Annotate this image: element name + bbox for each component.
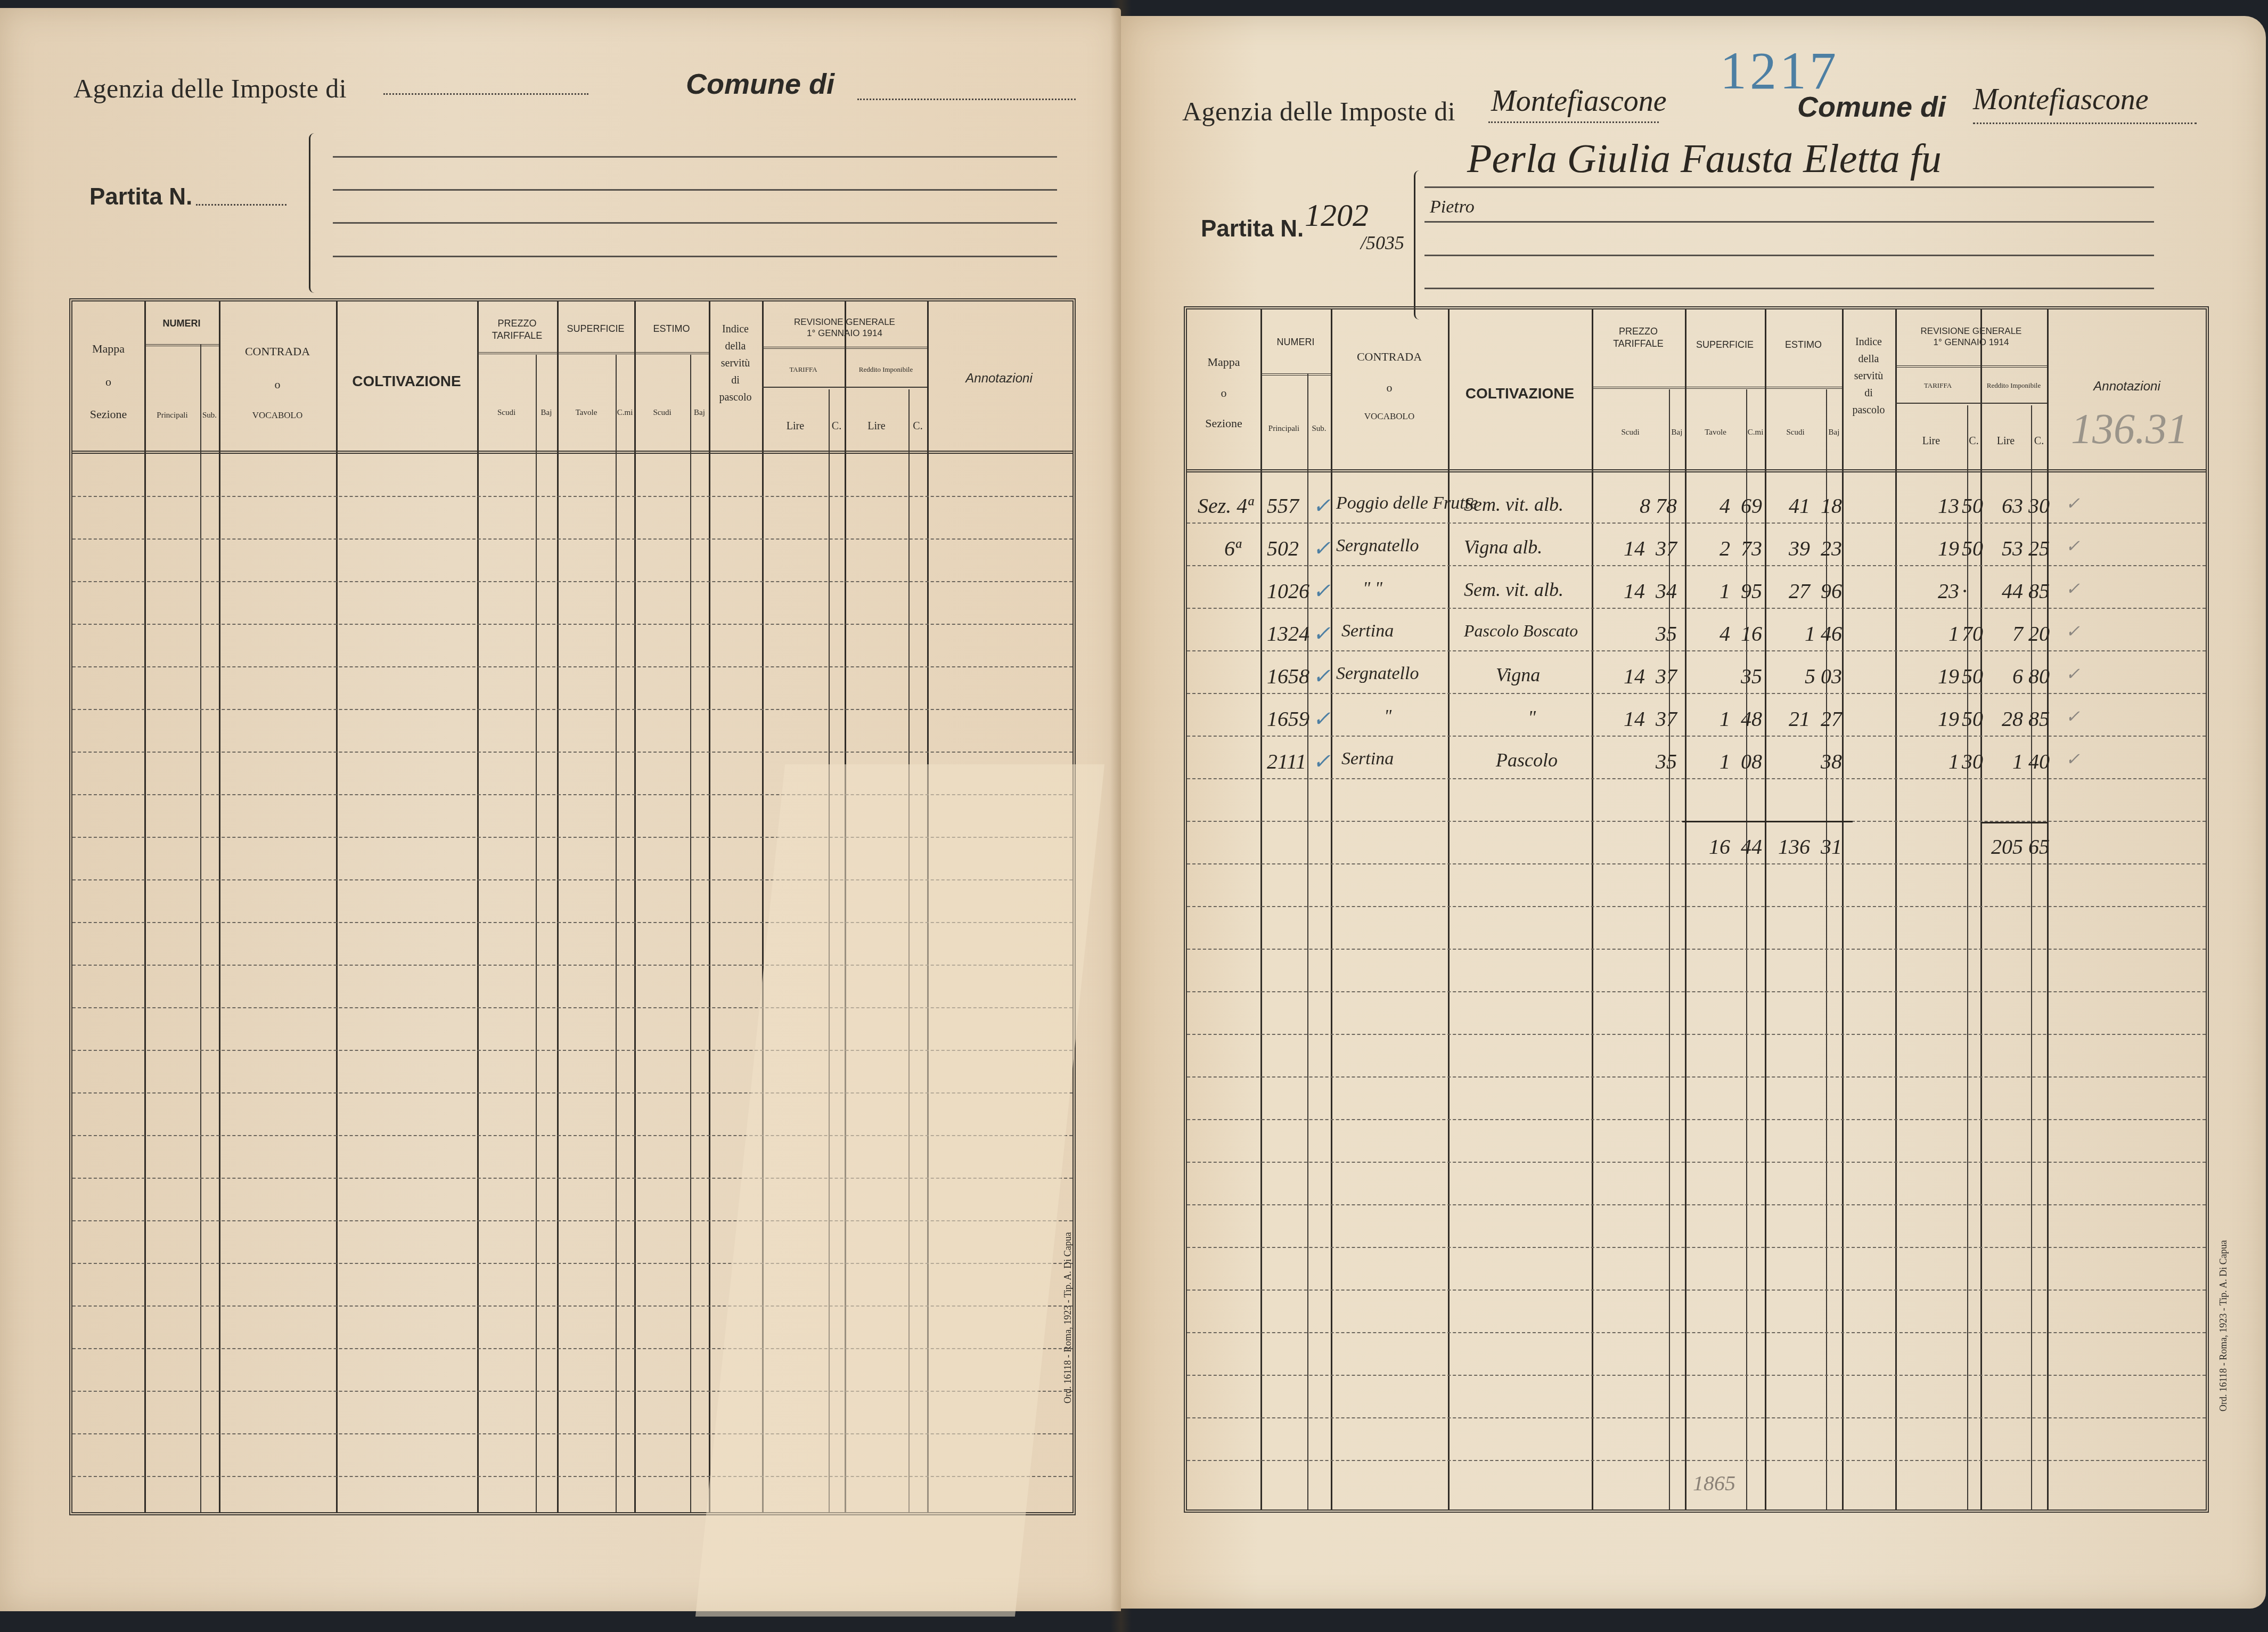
check-icon: ✓ (2066, 493, 2080, 513)
hdr-principali-r: Principali (1260, 424, 1307, 434)
hdr-estimo-r: ESTIMO (1765, 339, 1842, 351)
hdr-revisione: REVISIONE GENERALE1° GENNAIO 1914 (762, 316, 927, 339)
table-row[interactable]: 1658 ✓ Sergnatello Vigna 14 37 35 5 03 1… (1187, 664, 2206, 696)
parcel-table: MappaoSezione NUMERI Principali Sub. CON… (1184, 306, 2209, 1513)
check-icon: ✓ (2066, 706, 2080, 727)
hdr-reddito-c-r: C. (2031, 435, 2047, 448)
agenzia-label-right: Agenzia delle Imposte di (1182, 96, 1455, 127)
hdr-reddito-c: C. (908, 420, 927, 433)
hdr-annotazioni: Annotazioni (927, 371, 1071, 387)
hdr-tariffa: TARIFFA (762, 365, 845, 374)
owner-brace-right (1414, 170, 1421, 320)
owner-line-1[interactable] (333, 156, 1057, 158)
hdr-superficie-r: SUPERFICIE (1685, 339, 1765, 351)
right-page: Agenzia delle Imposte di Montefiascone 1… (1121, 16, 2266, 1609)
totals-rule-reddito (1980, 822, 2047, 823)
hdr-estimo-baj: Baj (690, 408, 709, 418)
hdr-estimo-scudi: Scudi (634, 408, 690, 418)
owner-rule-4 (1424, 288, 2154, 289)
hdr-indice-r: Indicedellaservitùdipascolo (1842, 333, 1895, 419)
check-icon: ✓ (2066, 621, 2080, 641)
hdr-sub-r: Sub. (1307, 424, 1331, 434)
hdr-tariffa-r: TARIFFA (1895, 381, 1980, 390)
hdr-cmi: C.mi (616, 408, 634, 418)
hdr-revisione-r: REVISIONE GENERALE1° GENNAIO 1914 (1895, 325, 2047, 348)
check-icon: ✓ (2066, 536, 2080, 556)
owner-brace (309, 133, 316, 293)
comune-label-right: Comune di (1797, 91, 1946, 124)
hdr-prezzo-baj-r: Baj (1669, 428, 1685, 438)
hdr-prezzo: PREZZOTARIFFALE (477, 317, 557, 341)
table-row[interactable]: 1324 ✓ Sertina Pascolo Boscato 35 4 16 1… (1187, 621, 2206, 653)
printer-note-right: Ord. 16118 - Roma, 1923 - Tip. A. Di Cap… (2218, 1240, 2229, 1411)
hdr-estimo-scudi-r: Scudi (1765, 428, 1826, 438)
hdr-contrada: CONTRADAoVOCABOLO (219, 344, 336, 421)
left-page: Agenzia delle Imposte di Comune di Parti… (0, 8, 1121, 1611)
hdr-reddito: Reddito Imponibile (845, 365, 927, 374)
hdr-mappa-r: MappaoSezione (1187, 355, 1260, 431)
totals-row: 16 44 136 31 205 65 (1187, 834, 2206, 866)
owner-rule-2 (1424, 221, 2154, 223)
partita-field[interactable] (196, 204, 286, 206)
owner-rule-3 (1424, 255, 2154, 256)
table-row[interactable]: 1026 ✓ " " Sem. vit. alb. 14 34 1 95 27 … (1187, 578, 2206, 610)
hdr-prezzo-baj: Baj (536, 408, 557, 418)
hdr-annotazioni-r: Annotazioni (2047, 379, 2207, 395)
partita-sub: /5035 (1361, 232, 1404, 254)
comune-field[interactable] (857, 99, 1076, 100)
table-row[interactable]: 2111 ✓ Sertina Pascolo 35 1 08 38 1 30 1… (1187, 749, 2206, 781)
owner-name[interactable]: Perla Giulia Fausta Eletta fu (1467, 136, 1942, 182)
owner-line-4[interactable] (333, 256, 1057, 257)
check-icon: ✓ (2066, 578, 2080, 599)
partita-value[interactable]: 1202 (1305, 197, 1369, 234)
hdr-tavole-r: Tavole (1685, 428, 1746, 438)
table-row[interactable]: 6ª 502 ✓ Sergnatello Vigna alb. 14 37 2 … (1187, 536, 2206, 568)
hdr-sub: Sub. (200, 411, 219, 421)
hdr-reddito-lire: Lire (845, 420, 908, 433)
hdr-prezzo-r: PREZZOTARIFFALE (1592, 325, 1685, 349)
totals-rule (1682, 821, 1853, 822)
hdr-coltivazione: COLTIVAZIONE (336, 372, 477, 390)
hdr-numeri: NUMERI (144, 317, 219, 330)
hdr-numeri-r: NUMERI (1260, 336, 1331, 348)
hdr-prezzo-scudi: Scudi (477, 408, 536, 418)
check-icon: ✓ (2066, 749, 2080, 769)
agenzia-value[interactable]: Montefiascone (1491, 84, 1667, 118)
partita-label-right: Partita N. (1201, 216, 1304, 242)
printer-note: Ord. 16118 - Roma, 1923 - Tip. A. Di Cap… (1062, 1232, 1074, 1403)
annotation-total: 136.31 (2071, 405, 2188, 454)
comune-label: Comune di (686, 68, 834, 101)
owner-line-3[interactable] (333, 222, 1057, 224)
hdr-estimo: ESTIMO (634, 323, 709, 335)
table-row[interactable]: 1659 ✓ " " 14 37 1 48 21 27 19 50 28 85 … (1187, 706, 2206, 738)
hdr-indice: Indicedellaservitùdipascolo (709, 321, 762, 406)
hdr-tavole: Tavole (557, 408, 616, 418)
hdr-superficie: SUPERFICIE (557, 323, 634, 335)
hdr-coltivazione-r: COLTIVAZIONE (1448, 384, 1592, 403)
agenzia-underline (1488, 121, 1659, 123)
owner-rule-1 (1424, 186, 2154, 188)
hdr-reddito-lire-r: Lire (1980, 435, 2031, 448)
hdr-cmi-r: C.mi (1746, 428, 1765, 438)
footer-mark: 1865 (1693, 1471, 1735, 1496)
hdr-estimo-baj-r: Baj (1826, 428, 1842, 438)
hdr-principali: Principali (144, 411, 200, 421)
hdr-tariffa-c: C. (829, 420, 845, 433)
check-icon: ✓ (2066, 664, 2080, 684)
hdr-tariffa-lire: Lire (762, 420, 829, 433)
owner-father[interactable]: Pietro (1430, 197, 1475, 217)
comune-value[interactable]: Montefiascone (1973, 83, 2149, 117)
hdr-contrada-r: CONTRADAoVOCABOLO (1331, 349, 1448, 422)
hdr-tariffa-c-r: C. (1967, 435, 1980, 448)
comune-underline (1973, 123, 2197, 124)
hdr-tariffa-lire-r: Lire (1895, 435, 1967, 448)
partita-label: Partita N. (89, 184, 192, 210)
hdr-prezzo-scudi-r: Scudi (1592, 428, 1669, 438)
owner-line-2[interactable] (333, 189, 1057, 191)
hdr-reddito-r: Reddito Imponibile (1980, 381, 2047, 390)
hdr-mappa: MappaoSezione (72, 341, 144, 422)
agenzia-label: Agenzia delle Imposte di (73, 73, 347, 104)
agenzia-field[interactable] (383, 93, 588, 95)
table-row[interactable]: Sez. 4ª 557 ✓ Poggio delle Frutte Sem. v… (1187, 493, 2206, 525)
